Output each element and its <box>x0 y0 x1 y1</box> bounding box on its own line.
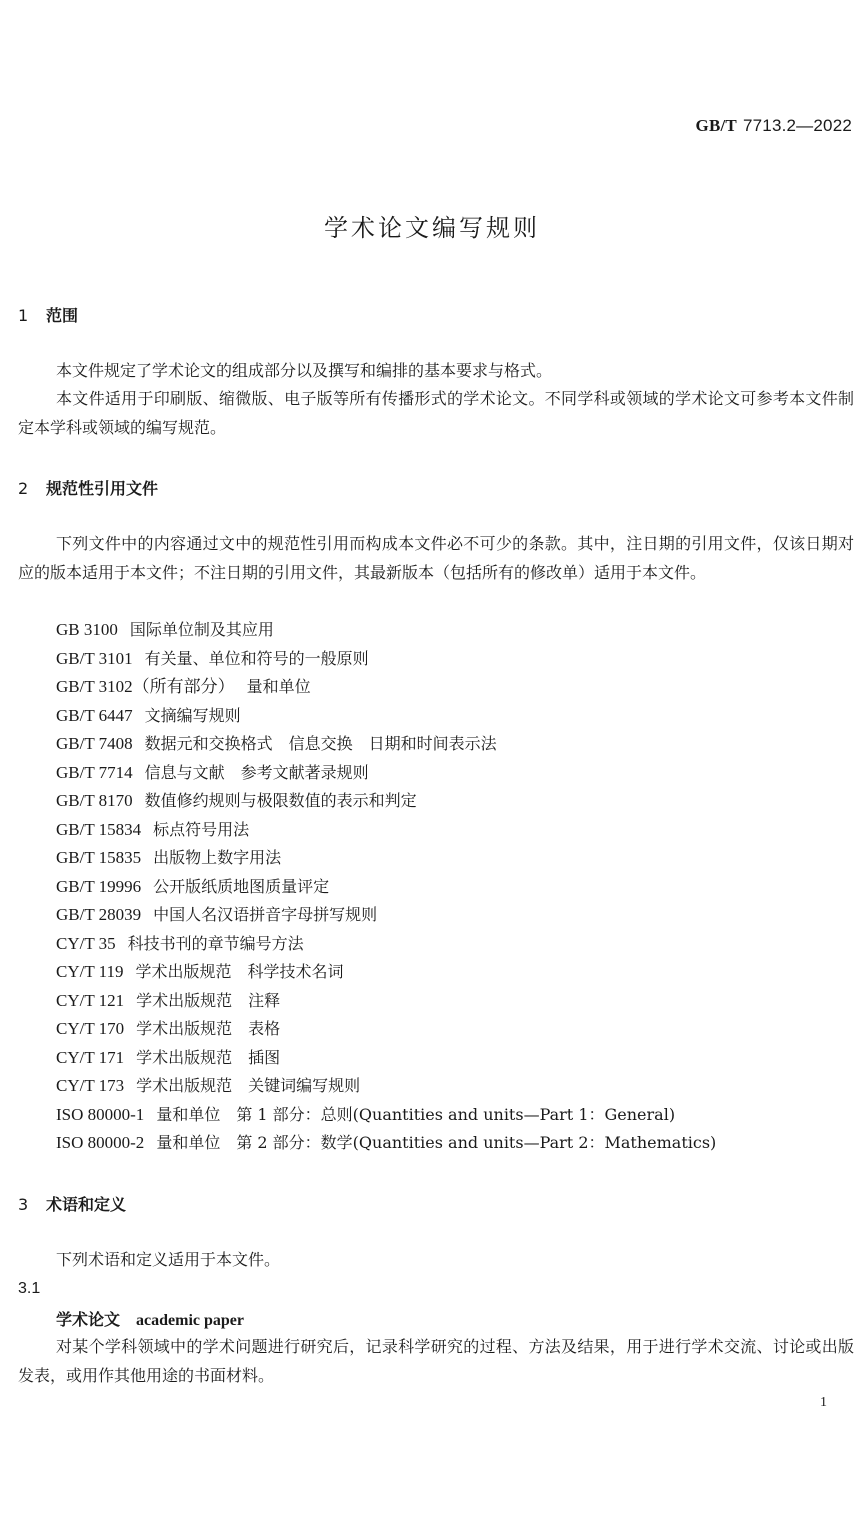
reference-code: GB/T 8170 <box>56 791 133 810</box>
reference-item: GB/T 6447文摘编写规则 <box>56 702 241 731</box>
reference-item: CY/T 121学术出版规范 注释 <box>56 987 280 1016</box>
reference-item: ISO 80000-2量和单位 第 2 部分：数学(Quantities and… <box>56 1129 716 1158</box>
standard-prefix: GB/T <box>696 116 737 135</box>
reference-item: CY/T 170学术出版规范 表格 <box>56 1015 280 1044</box>
reference-title: 学术出版规范 表格 <box>136 1019 280 1038</box>
reference-code: CY/T 119 <box>56 962 124 981</box>
reference-title: 学术出版规范 注释 <box>136 991 280 1010</box>
section-heading-1: 1范围 <box>18 303 78 326</box>
reference-title: 数据元和交换格式 信息交换 日期和时间表示法 <box>145 734 497 753</box>
paragraph: 本文件规定了学术论文的组成部分以及撰写和编排的基本要求与格式。 <box>18 357 854 386</box>
reference-item: GB/T 3101有关量、单位和符号的一般原则 <box>56 645 369 674</box>
standard-code: GB/T7713.2—2022 <box>696 116 852 136</box>
reference-title: 学术出版规范 关键词编写规则 <box>136 1076 360 1095</box>
reference-item: GB/T 19996公开版纸质地图质量评定 <box>56 873 329 902</box>
reference-item: ISO 80000-1量和单位 第 1 部分：总则(Quantities and… <box>56 1101 675 1130</box>
section-title: 范围 <box>46 306 78 325</box>
reference-title: 有关量、单位和符号的一般原则 <box>145 649 369 668</box>
reference-item: GB/T 3102（所有部分）量和单位 <box>56 673 311 702</box>
reference-code: CY/T 173 <box>56 1076 124 1095</box>
reference-title: 标点符号用法 <box>153 820 249 839</box>
section-title: 术语和定义 <box>46 1195 126 1214</box>
reference-code: CY/T 170 <box>56 1019 124 1038</box>
reference-code: GB/T 7408 <box>56 734 133 753</box>
reference-code: GB/T 3102（所有部分） <box>56 677 235 696</box>
reference-item: GB/T 7714信息与文献 参考文献著录规则 <box>56 759 369 788</box>
reference-title: 中国人名汉语拼音字母拼写规则 <box>153 905 377 924</box>
reference-item: GB/T 8170数值修约规则与极限数值的表示和判定 <box>56 787 417 816</box>
reference-item: CY/T 171学术出版规范 插图 <box>56 1044 280 1073</box>
page-title: 学术论文编写规则 <box>0 208 864 243</box>
reference-code: ISO 80000-2 <box>56 1133 144 1152</box>
reference-item: CY/T 35科技书刊的章节编号方法 <box>56 930 304 959</box>
reference-title: 科技书刊的章节编号方法 <box>128 934 304 953</box>
section-number: 3 <box>18 1195 46 1214</box>
term-heading: 学术论文academic paper <box>56 1307 244 1330</box>
reference-title: 学术出版规范 插图 <box>136 1048 280 1067</box>
standard-number: 7713.2—2022 <box>743 116 852 135</box>
reference-code: GB 3100 <box>56 620 118 639</box>
reference-code: GB/T 15834 <box>56 820 141 839</box>
paragraph: 本文件适用于印刷版、缩微版、电子版等所有传播形式的学术论文。不同学科或领域的学术… <box>18 385 854 442</box>
reference-title: 出版物上数字用法 <box>153 848 281 867</box>
reference-item: GB/T 7408数据元和交换格式 信息交换 日期和时间表示法 <box>56 730 497 759</box>
section-number: 1 <box>18 306 46 325</box>
reference-title: 国际单位制及其应用 <box>130 620 274 639</box>
reference-title: 信息与文献 参考文献著录规则 <box>145 763 369 782</box>
paragraph: 下列术语和定义适用于本文件。 <box>18 1246 854 1275</box>
reference-item: GB/T 15834标点符号用法 <box>56 816 249 845</box>
reference-code: GB/T 6447 <box>56 706 133 725</box>
section-number: 2 <box>18 479 46 498</box>
reference-code: CY/T 121 <box>56 991 124 1010</box>
term-definition: 对某个学科领域中的学术问题进行研究后，记录科学研究的过程、方法及结果，用于进行学… <box>18 1333 854 1390</box>
paragraph: 下列文件中的内容通过文中的规范性引用而构成本文件必不可少的条款。其中，注日期的引… <box>18 530 854 587</box>
term-english: academic paper <box>136 1312 244 1329</box>
reference-item: GB/T 15835出版物上数字用法 <box>56 844 281 873</box>
reference-title: 数值修约规则与极限数值的表示和判定 <box>145 791 417 810</box>
reference-code: CY/T 35 <box>56 934 116 953</box>
section-heading-3: 3术语和定义 <box>18 1192 126 1215</box>
reference-code: GB/T 28039 <box>56 905 141 924</box>
term-chinese: 学术论文 <box>56 1310 120 1329</box>
reference-code: ISO 80000-1 <box>56 1105 144 1124</box>
reference-title: 量和单位 第 2 部分：数学(Quantities and units—Part… <box>156 1133 716 1152</box>
section-heading-2: 2规范性引用文件 <box>18 476 158 499</box>
reference-item: GB/T 28039中国人名汉语拼音字母拼写规则 <box>56 901 377 930</box>
reference-item: GB 3100国际单位制及其应用 <box>56 616 274 645</box>
reference-title: 量和单位 <box>247 677 311 696</box>
reference-title: 量和单位 第 1 部分：总则(Quantities and units—Part… <box>156 1105 675 1124</box>
section-title: 规范性引用文件 <box>46 479 158 498</box>
reference-code: GB/T 3101 <box>56 649 133 668</box>
reference-code: GB/T 7714 <box>56 763 133 782</box>
reference-code: GB/T 15835 <box>56 848 141 867</box>
reference-title: 公开版纸质地图质量评定 <box>153 877 329 896</box>
reference-code: GB/T 19996 <box>56 877 141 896</box>
reference-title: 学术出版规范 科学技术名词 <box>136 962 344 981</box>
reference-item: CY/T 119学术出版规范 科学技术名词 <box>56 958 344 987</box>
term-number: 3.1 <box>18 1280 40 1298</box>
reference-title: 文摘编写规则 <box>145 706 241 725</box>
page-number: 1 <box>820 1395 827 1411</box>
reference-item: CY/T 173学术出版规范 关键词编写规则 <box>56 1072 360 1101</box>
reference-code: CY/T 171 <box>56 1048 124 1067</box>
